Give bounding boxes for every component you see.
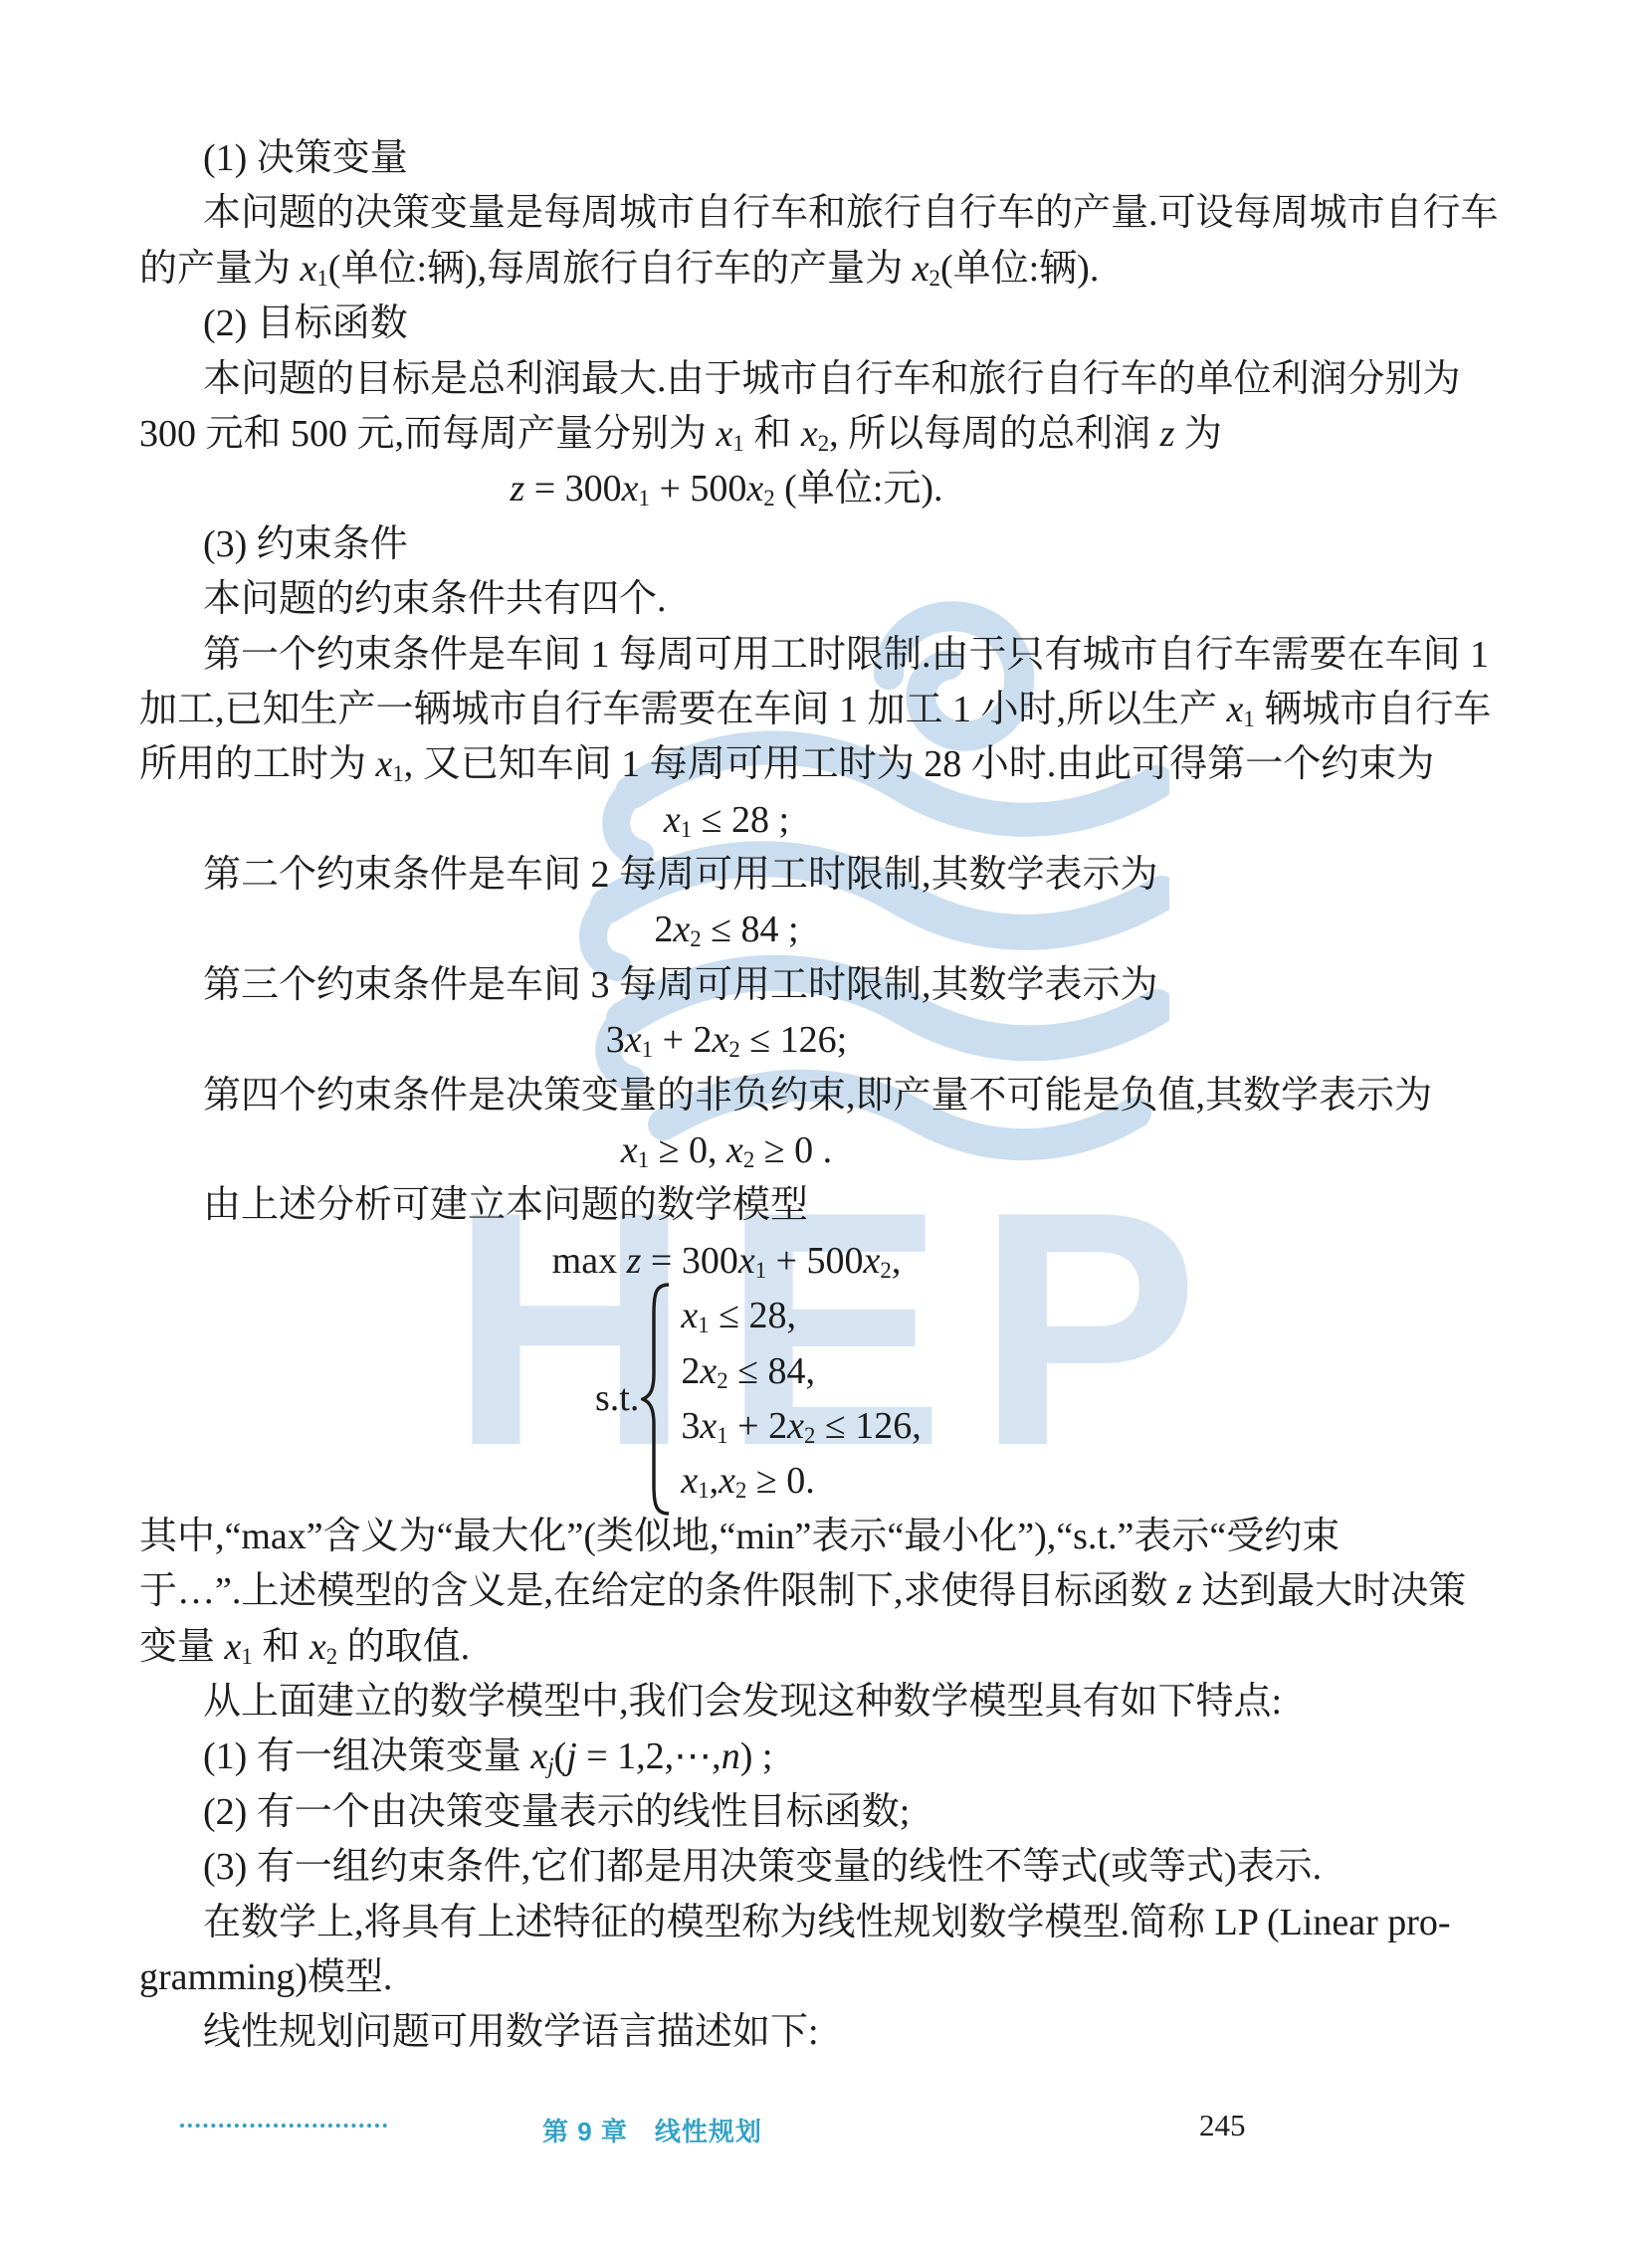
text-line: (3) 约束条件 bbox=[139, 517, 1572, 572]
page-body: (1) 决策变量本问题的决策变量是每周城市自行车和旅行自行车的产量.可设每周城市… bbox=[139, 131, 1572, 2061]
equation-line: 2x2 ≤ 84 ; bbox=[139, 903, 1314, 957]
text-line: 第四个约束条件是决策变量的非负约束,即产量不可能是负值,其数学表示为 bbox=[139, 1069, 1572, 1123]
constraint-line: 3x1 + 2x2 ≤ 126, bbox=[681, 1399, 921, 1454]
constraint-line: x1,x2 ≥ 0. bbox=[681, 1454, 921, 1509]
text-line: (1) 有一组决策变量 xj(j = 1,2,⋯,n) ; bbox=[139, 1730, 1572, 1784]
curly-brace-icon bbox=[641, 1281, 675, 1518]
text-line: gramming)模型. bbox=[139, 1950, 1572, 2005]
text-line: 的产量为 x1(单位:辆),每周旅行自行车的产量为 x2(单位:辆). bbox=[139, 242, 1572, 297]
text-line: 本问题的目标是总利润最大.由于城市自行车和旅行自行车的单位利润分别为 bbox=[139, 352, 1572, 407]
text-line: 第三个约束条件是车间 3 每周可用工时限制,其数学表示为 bbox=[139, 958, 1572, 1013]
text-line: 由上述分析可建立本问题的数学模型 bbox=[139, 1178, 1572, 1233]
equation-line: z = 300x1 + 500x2 (单位:元). bbox=[139, 462, 1314, 516]
constraint-line: x1 ≤ 28, bbox=[681, 1289, 921, 1343]
text-line: 其中,“max”含义为“最大化”(类似地,“min”表示“最小化”),“s.t.… bbox=[139, 1510, 1572, 1564]
subject-to-label: s.t. bbox=[595, 1371, 639, 1426]
text-line: 于…”.上述模型的含义是,在给定的条件限制下,求使得目标函数 z 达到最大时决策 bbox=[139, 1564, 1572, 1619]
text-line: 所用的工时为 x1, 又已知车间 1 每周可用工时为 28 小时.由此可得第一个… bbox=[139, 737, 1572, 792]
equation-line: max z = 300x1 + 500x2, bbox=[139, 1234, 1314, 1289]
equation-line: x1 ≥ 0, x2 ≥ 0 . bbox=[139, 1123, 1314, 1178]
text-line: 第二个约束条件是车间 2 每周可用工时限制,其数学表示为 bbox=[139, 848, 1572, 903]
constraint-list: x1 ≤ 28,2x2 ≤ 84,3x1 + 2x2 ≤ 126,x1,x2 ≥… bbox=[681, 1289, 921, 1510]
equation-line: x1 ≤ 28 ; bbox=[139, 793, 1314, 848]
text-line: 本问题的约束条件共有四个. bbox=[139, 572, 1572, 627]
page-number: 245 bbox=[1199, 2108, 1246, 2143]
text-line: (3) 有一组约束条件,它们都是用决策变量的线性不等式(或等式)表示. bbox=[139, 1840, 1572, 1895]
text-line: 线性规划问题可用数学语言描述如下: bbox=[139, 2005, 1572, 2060]
text-line: 变量 x1 和 x2 的取值. bbox=[139, 1620, 1572, 1675]
text-line: (2) 有一个由决策变量表示的线性目标函数; bbox=[139, 1785, 1572, 1840]
constraint-line: 2x2 ≤ 84, bbox=[681, 1344, 921, 1399]
text-line: 加工,已知生产一辆城市自行车需要在车间 1 加工 1 小时,所以生产 x1 辆城… bbox=[139, 683, 1572, 737]
footer-chapter-label: 第 9 章 线性规划 bbox=[542, 2112, 762, 2148]
text-line: (2) 目标函数 bbox=[139, 297, 1572, 351]
book-page: HEP (1) 决策变量本问题的决策变量是每周城市自行车和旅行自行车的产量.可设… bbox=[0, 0, 1652, 2241]
equation-line: 3x1 + 2x2 ≤ 126; bbox=[139, 1013, 1314, 1068]
text-line: 第一个约束条件是车间 1 每周可用工时限制.由于只有城市自行车需要在车间 1 bbox=[139, 628, 1572, 683]
text-line: 300 元和 500 元,而每周产量分别为 x1 和 x2, 所以每周的总利润 … bbox=[139, 407, 1572, 462]
footer-dotted-line bbox=[180, 2124, 387, 2128]
page-footer: 第 9 章 线性规划 245 bbox=[0, 2108, 1652, 2157]
text-line: 在数学上,将具有上述特征的模型称为线性规划数学模型.简称 LP (Linear … bbox=[139, 1896, 1572, 1950]
text-line: 本问题的决策变量是每周城市自行车和旅行自行车的产量.可设每周城市自行车 bbox=[139, 186, 1572, 241]
text-line: 从上面建立的数学模型中,我们会发现这种数学模型具有如下特点: bbox=[139, 1675, 1572, 1730]
text-line: (1) 决策变量 bbox=[139, 131, 1572, 186]
constraint-system: s.t.x1 ≤ 28,2x2 ≤ 84,3x1 + 2x2 ≤ 126,x1,… bbox=[595, 1289, 1572, 1510]
